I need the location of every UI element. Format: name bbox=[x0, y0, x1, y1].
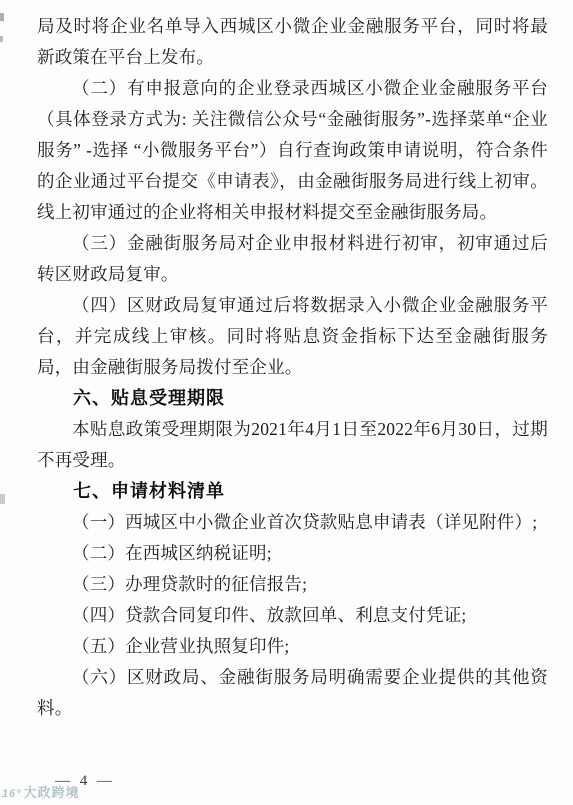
list-item-2: （二）在西城区纳税证明; bbox=[37, 538, 548, 569]
section-heading-7: 七、申请材料清单 bbox=[37, 476, 548, 507]
list-item-3: （三）办理贷款时的征信报告; bbox=[37, 569, 548, 600]
scan-artifact bbox=[0, 36, 3, 42]
page-number: — 4 — bbox=[55, 773, 115, 790]
paragraph-item-3: （三）金融街服务局对企业申报材料进行初审，初审通过后转区财政局复审。 bbox=[37, 228, 548, 290]
list-item-4: （四）贷款合同复印件、放款回单、利息支付凭证; bbox=[37, 600, 548, 631]
watermark-logo-icon: 16° bbox=[1, 788, 22, 800]
section-heading-6: 六、贴息受理期限 bbox=[37, 383, 548, 414]
list-item-5: （五）企业营业执照复印件; bbox=[37, 631, 548, 662]
paragraph-continuation: 局及时将企业名单导入西城区小微企业金融服务平台，同时将最新政策在平台上发布。 bbox=[37, 11, 548, 73]
paragraph-acceptance-period: 本贴息政策受理期限为2021年4月1日至2022年6月30日，过期不再受理。 bbox=[37, 414, 548, 476]
scan-artifact bbox=[0, 494, 5, 504]
document-body: 局及时将企业名单导入西城区小微企业金融服务平台，同时将最新政策在平台上发布。 （… bbox=[37, 11, 548, 724]
paragraph-item-4: （四）区财政局复审通过后将数据录入小微企业金融服务平台，并完成线上审核。同时将贴… bbox=[37, 290, 548, 383]
scan-artifact bbox=[0, 13, 4, 21]
list-item-6: （六）区财政局、金融街服务局明确需要企业提供的其他资料。 bbox=[37, 662, 548, 724]
list-item-1: （一）西城区中小微企业首次贷款贴息申请表（详见附件）; bbox=[37, 507, 548, 538]
document-page: 局及时将企业名单导入西城区小微企业金融服务平台，同时将最新政策在平台上发布。 （… bbox=[0, 0, 573, 805]
paragraph-item-2: （二）有申报意向的企业登录西城区小微企业金融服务平台（具体登录方式为: 关注微信… bbox=[37, 73, 548, 228]
